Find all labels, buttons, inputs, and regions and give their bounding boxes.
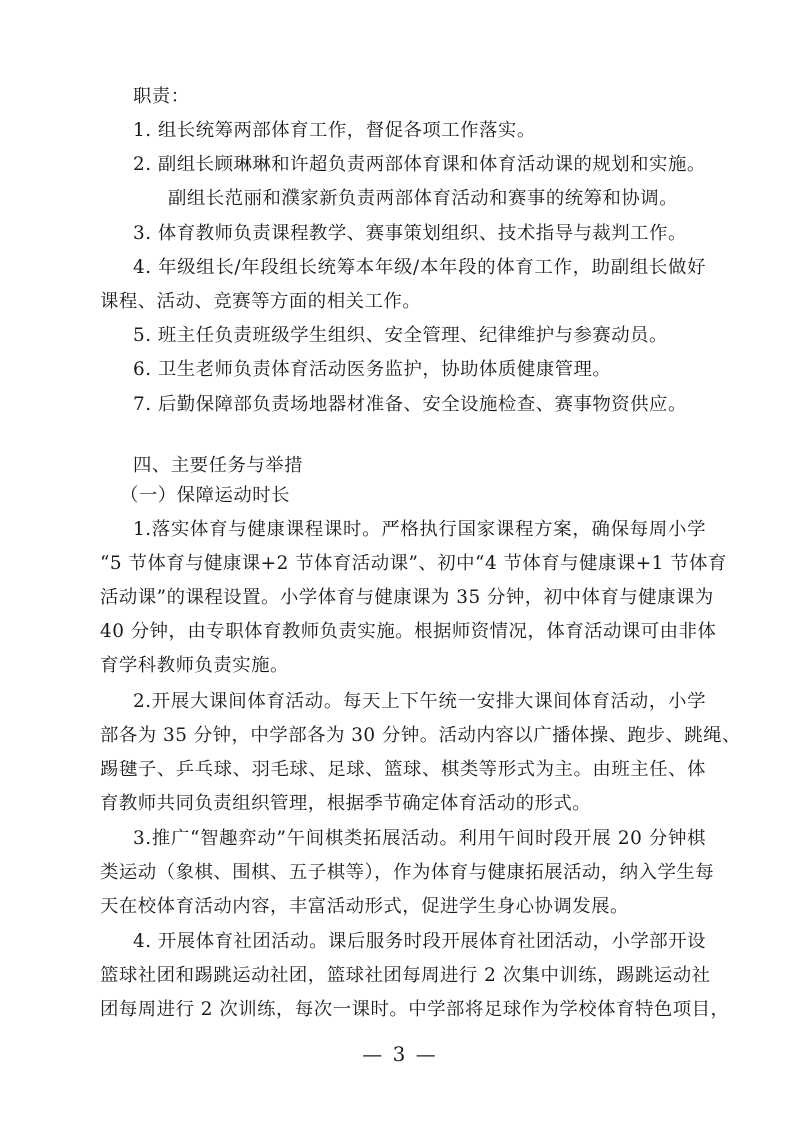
duty-item-6: 6. 卫生老师负责体育活动医务监护，协助体质健康管理。 <box>133 353 706 387</box>
document-page: 职责： 1. 组长统筹两部体育工作，督促各项工作落实。 2. 副组长顾琳琳和许超… <box>0 0 800 1131</box>
duty-item-7: 7. 后勤保障部负责场地器材准备、安全设施检查、赛事物资供应。 <box>133 388 706 422</box>
duty-item-5: 5. 班主任负责班级学生组织、安全管理、纪律维护与参赛动员。 <box>133 319 706 353</box>
duty-item-3: 3. 体育教师负责课程教学、赛事策划组织、技术指导与裁判工作。 <box>133 217 706 251</box>
paragraph-2-line-2: 部各为 35 分钟，中学部各为 30 分钟。活动内容以广播体操、跑步、跳绳、 <box>100 719 706 753</box>
paragraph-4-line-1: 4. 开展体育社团活动。课后服务时段开展体育社团活动，小学部开设 <box>133 925 706 959</box>
section-heading: 四、主要任务与举措 <box>133 449 706 483</box>
duty-item-2-continued: 副组长范丽和濮家新负责两部体育活动和赛事的统筹和协调。 <box>168 182 706 216</box>
paragraph-1-line-3: 活动课”的课程设置。小学体育与健康课为 35 分钟，初中体育与健康课为 <box>100 581 706 615</box>
duty-item-1: 1. 组长统筹两部体育工作，督促各项工作落实。 <box>133 114 706 148</box>
duty-item-2: 2. 副组长顾琳琳和许超负责两部体育课和体育活动课的规划和实施。 <box>133 148 706 182</box>
paragraph-1-line-2: “5 节体育与健康课+2 节体育活动课”、初中“4 节体育与健康课+1 节体育 <box>100 547 706 581</box>
paragraph-1-line-1: 1.落实体育与健康课程课时。严格执行国家课程方案，确保每周小学 <box>133 513 706 547</box>
paragraph-3-line-2: 类运动（象棋、围棋、五子棋等），作为体育与健康拓展活动，纳入学生每 <box>100 856 706 890</box>
paragraph-2-line-1: 2.开展大课间体育活动。每天上下午统一安排大课间体育活动，小学 <box>133 685 706 719</box>
paragraph-3-line-1: 3.推广“智趣弈动”午间棋类拓展活动。利用午间时段开展 20 分钟棋 <box>133 822 706 856</box>
paragraph-2-line-4: 育教师共同负责组织管理，根据季节确定体育活动的形式。 <box>100 787 706 821</box>
page-number: — 3 — <box>0 1042 800 1066</box>
duty-item-4: 4. 年级组长/年段组长统筹本年级/本年段的体育工作，助副组长做好 <box>133 251 706 285</box>
paragraph-1-line-5: 育学科教师负责实施。 <box>100 649 706 683</box>
duty-item-4-continued: 课程、活动、竞赛等方面的相关工作。 <box>100 285 706 319</box>
paragraph-2-line-3: 踢毽子、乒乓球、羽毛球、足球、篮球、棋类等形式为主。由班主任、体 <box>100 753 706 787</box>
subsection-heading: （一）保障运动时长 <box>120 479 726 513</box>
paragraph-3-line-3: 天在校体育活动内容，丰富活动形式，促进学生身心协调发展。 <box>100 890 706 924</box>
paragraph-1-line-4: 40 分钟，由专职体育教师负责实施。根据师资情况，体育活动课可由非体 <box>100 615 706 649</box>
duties-label: 职责： <box>133 80 706 114</box>
paragraph-4-line-3: 团每周进行 2 次训练，每次一课时。中学部将足球作为学校体育特色项目， <box>100 993 706 1027</box>
paragraph-4-line-2: 篮球社团和踢跳运动社团，篮球社团每周进行 2 次集中训练，踢跳运动社 <box>100 959 706 993</box>
